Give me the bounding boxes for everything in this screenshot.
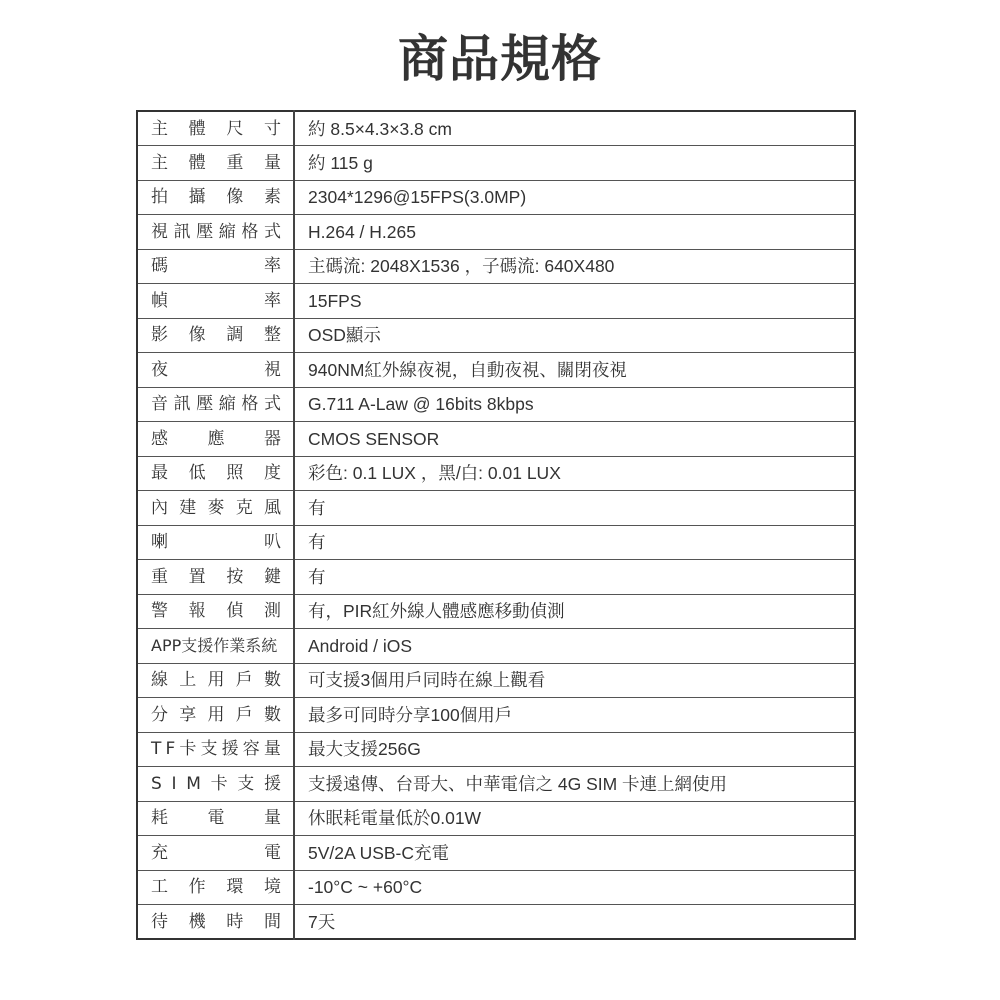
spec-label-char: T (151, 739, 161, 759)
spec-label-char: 用 (208, 705, 225, 725)
spec-label-char: M (186, 774, 201, 794)
spec-label-char: 重 (226, 153, 243, 173)
spec-label-cell: 拍攝像素 (137, 180, 294, 215)
spec-label-char: 按 (226, 567, 243, 587)
spec-label-cell: 主體重量 (137, 146, 294, 181)
spec-value: 最大支援256G (294, 732, 855, 767)
spec-row: 夜視940NM紅外線夜視，自動夜視、關閉夜視 (137, 353, 855, 388)
spec-value: 約 115 g (294, 146, 855, 181)
spec-row: 耗電量休眠耗電量低於0.01W (137, 801, 855, 836)
spec-label-char: 置 (189, 567, 206, 587)
spec-label-char: 叭 (264, 532, 281, 552)
spec-row: 視訊壓縮格式H.264 / H.265 (137, 215, 855, 250)
spec-label-char: 電 (208, 808, 225, 828)
spec-row: TF卡支援容量最大支援256G (137, 732, 855, 767)
spec-row: 拍攝像素2304*1296@15FPS(3.0MP) (137, 180, 855, 215)
spec-label-char: 耗 (151, 808, 168, 828)
spec-label-char: 戶 (236, 705, 253, 725)
spec-label-char: 夜 (151, 360, 168, 380)
spec-label: 幀率 (151, 291, 281, 311)
spec-label: APP支援作業系統 (151, 636, 281, 656)
spec-row: 警報偵測有，PIR紅外線人體感應移動偵測 (137, 594, 855, 629)
spec-label-cell: 夜視 (137, 353, 294, 388)
spec-value: 可支援3個用戶同時在線上觀看 (294, 663, 855, 698)
spec-label-char: 像 (189, 325, 206, 345)
spec-label-char: 援 (264, 774, 281, 794)
spec-label-cell: 視訊壓縮格式 (137, 215, 294, 250)
spec-label-char: 訊 (174, 222, 191, 242)
spec-label-char: 支 (201, 739, 218, 759)
spec-row: 工作環境-10°C ~ +60°C (137, 870, 855, 905)
spec-label-char: 重 (151, 567, 168, 587)
spec-label-char: 境 (264, 877, 281, 897)
spec-label: 耗電量 (151, 808, 281, 828)
spec-label-cell: 音訊壓縮格式 (137, 387, 294, 422)
spec-row: 待機時間7天 (137, 905, 855, 940)
spec-value: Android / iOS (294, 629, 855, 664)
spec-value: 有 (294, 491, 855, 526)
spec-label-cell: TF卡支援容量 (137, 732, 294, 767)
spec-table-body: 主體尺寸約 8.5×4.3×3.8 cm主體重量約 115 g拍攝像素2304*… (137, 111, 855, 939)
spec-label-char: 度 (264, 463, 281, 483)
spec-row: 影像調整OSD顯示 (137, 318, 855, 353)
spec-label: 主體重量 (151, 153, 281, 173)
spec-row: 感應器CMOS SENSOR (137, 422, 855, 457)
spec-label-char: 整 (264, 325, 281, 345)
spec-row: 主體重量約 115 g (137, 146, 855, 181)
spec-label-char: 作 (189, 877, 206, 897)
spec-label-char: 喇 (151, 532, 168, 552)
spec-label-char: 最 (151, 463, 168, 483)
spec-label: 最低照度 (151, 463, 281, 483)
spec-label-char: F (166, 739, 176, 759)
spec-label: 夜視 (151, 360, 281, 380)
spec-label-cell: 充電 (137, 836, 294, 871)
spec-label-cell: APP支援作業系統 (137, 629, 294, 664)
spec-label-char: 格 (241, 222, 258, 242)
spec-row: SIM卡支援支援遠傳、台哥大、中華電信之 4G SIM 卡連上網使用 (137, 767, 855, 802)
spec-label-char: 壓 (196, 394, 213, 414)
spec-label-char: 體 (189, 119, 206, 139)
spec-label-cell: 影像調整 (137, 318, 294, 353)
spec-label-char: I (172, 774, 177, 794)
spec-label-char: 麥 (208, 498, 225, 518)
spec-label-char: 訊 (174, 394, 191, 414)
spec-label: 線上用戶數 (151, 670, 281, 690)
spec-label-char: 式 (264, 394, 281, 414)
spec-label: TF卡支援容量 (151, 739, 281, 759)
spec-label-char: 卡 (179, 739, 196, 759)
spec-label: 分享用戶數 (151, 705, 281, 725)
spec-value: CMOS SENSOR (294, 422, 855, 457)
spec-value: 940NM紅外線夜視，自動夜視、關閉夜視 (294, 353, 855, 388)
spec-value: OSD顯示 (294, 318, 855, 353)
spec-value: 7天 (294, 905, 855, 940)
spec-label-char: 像 (226, 187, 243, 207)
spec-row: 分享用戶數最多可同時分享100個用戶 (137, 698, 855, 733)
spec-row: 幀率15FPS (137, 284, 855, 319)
spec-row: 重置按鍵有 (137, 560, 855, 595)
spec-label-cell: 最低照度 (137, 456, 294, 491)
spec-label-cell: 分享用戶數 (137, 698, 294, 733)
spec-label-char: 風 (264, 498, 281, 518)
spec-label-cell: 線上用戶數 (137, 663, 294, 698)
spec-label: 碼率 (151, 256, 281, 276)
spec-value: G.711 A-Law @ 16bits 8kbps (294, 387, 855, 422)
spec-label: SIM卡支援 (151, 774, 281, 794)
spec-label-char: 寸 (264, 119, 281, 139)
spec-label-char: 照 (226, 463, 243, 483)
spec-label-cell: 喇叭 (137, 525, 294, 560)
spec-label-char: 支 (237, 774, 254, 794)
spec-label-char: 克 (236, 498, 253, 518)
spec-value: 5V/2A USB-C充電 (294, 836, 855, 871)
spec-label-char: 容 (243, 739, 260, 759)
spec-label-cell: 感應器 (137, 422, 294, 457)
spec-row: 充電5V/2A USB-C充電 (137, 836, 855, 871)
spec-label-char: 卡 (211, 774, 228, 794)
spec-label: 感應器 (151, 429, 281, 449)
spec-row: 喇叭有 (137, 525, 855, 560)
spec-label-char: 戶 (236, 670, 253, 690)
spec-label-char: 式 (264, 222, 281, 242)
spec-value: 休眠耗電量低於0.01W (294, 801, 855, 836)
spec-label-char: 格 (241, 394, 258, 414)
spec-label-char: 充 (151, 843, 168, 863)
spec-table: 主體尺寸約 8.5×4.3×3.8 cm主體重量約 115 g拍攝像素2304*… (136, 110, 856, 940)
spec-label-char: 感 (151, 429, 168, 449)
spec-label-char: 偵 (226, 601, 243, 621)
spec-label-char: 器 (264, 429, 281, 449)
spec-label-char: 報 (189, 601, 206, 621)
spec-row: 碼率主碼流: 2048X1536 ，子碼流: 640X480 (137, 249, 855, 284)
spec-label-char: 內 (151, 498, 168, 518)
spec-label-char: 建 (179, 498, 196, 518)
spec-label: 主體尺寸 (151, 119, 281, 139)
spec-label-cell: 主體尺寸 (137, 111, 294, 146)
spec-row: 最低照度彩色: 0.1 LUX ，黑/白: 0.01 LUX (137, 456, 855, 491)
spec-label-char: 量 (264, 153, 281, 173)
spec-label-char: 音 (151, 394, 168, 414)
spec-label-char: 率 (264, 291, 281, 311)
spec-label-char: 電 (264, 843, 281, 863)
spec-label-char: 環 (226, 877, 243, 897)
spec-value: 最多可同時分享100個用戶 (294, 698, 855, 733)
spec-row: 音訊壓縮格式G.711 A-Law @ 16bits 8kbps (137, 387, 855, 422)
spec-row: 內建麥克風有 (137, 491, 855, 526)
spec-label: 內建麥克風 (151, 498, 281, 518)
spec-label-char: 主 (151, 153, 168, 173)
spec-label-char: 量 (264, 739, 281, 759)
spec-label-char: 素 (264, 187, 281, 207)
spec-label-cell: 工作環境 (137, 870, 294, 905)
spec-row: 主體尺寸約 8.5×4.3×3.8 cm (137, 111, 855, 146)
spec-label-char: 碼 (151, 256, 168, 276)
spec-label-char: 享 (179, 705, 196, 725)
spec-label-char: 率 (264, 256, 281, 276)
spec-label: 拍攝像素 (151, 187, 281, 207)
spec-label-char: 攝 (189, 187, 206, 207)
spec-label: 喇叭 (151, 532, 281, 552)
spec-label: 充電 (151, 843, 281, 863)
spec-value: H.264 / H.265 (294, 215, 855, 250)
spec-label-char: 時 (226, 912, 243, 932)
spec-label-char: 上 (179, 670, 196, 690)
spec-label-char: 測 (264, 601, 281, 621)
spec-label-char: 低 (189, 463, 206, 483)
spec-label-char: 量 (264, 808, 281, 828)
spec-value: 支援遠傳、台哥大、中華電信之 4G SIM 卡連上網使用 (294, 767, 855, 802)
spec-value: 2304*1296@15FPS(3.0MP) (294, 180, 855, 215)
spec-label-cell: SIM卡支援 (137, 767, 294, 802)
spec-value: 有，PIR紅外線人體感應移動偵測 (294, 594, 855, 629)
spec-label-char: 鍵 (264, 567, 281, 587)
spec-label: 影像調整 (151, 325, 281, 345)
spec-label-char: 縮 (219, 394, 236, 414)
spec-row: APP支援作業系統Android / iOS (137, 629, 855, 664)
spec-label: 待機時間 (151, 912, 281, 932)
spec-label-cell: 警報偵測 (137, 594, 294, 629)
spec-label-char: 幀 (151, 291, 168, 311)
spec-label-char: 縮 (219, 222, 236, 242)
spec-label-char: 用 (208, 670, 225, 690)
spec-label: 工作環境 (151, 877, 281, 897)
spec-label-char: 機 (189, 912, 206, 932)
spec-label-char: 體 (189, 153, 206, 173)
spec-label-cell: 幀率 (137, 284, 294, 319)
spec-label-cell: 內建麥克風 (137, 491, 294, 526)
spec-label-char: 尺 (226, 119, 243, 139)
spec-label: 警報偵測 (151, 601, 281, 621)
spec-value: 有 (294, 525, 855, 560)
spec-label-char: 主 (151, 119, 168, 139)
spec-label-char: 壓 (196, 222, 213, 242)
spec-label-char: 數 (264, 670, 281, 690)
spec-label-char: 視 (151, 222, 168, 242)
spec-value: 有 (294, 560, 855, 595)
spec-label-cell: 待機時間 (137, 905, 294, 940)
spec-label-char: 工 (151, 877, 168, 897)
spec-label: 音訊壓縮格式 (151, 394, 281, 414)
spec-label-cell: 碼率 (137, 249, 294, 284)
spec-row: 線上用戶數可支援3個用戶同時在線上觀看 (137, 663, 855, 698)
spec-value: 約 8.5×4.3×3.8 cm (294, 111, 855, 146)
spec-value: -10°C ~ +60°C (294, 870, 855, 905)
spec-label-char: 調 (226, 325, 243, 345)
spec-label-char: 間 (264, 912, 281, 932)
spec-label-char: 援 (222, 739, 239, 759)
spec-label-char: 拍 (151, 187, 168, 207)
page-title: 商品規格 (0, 24, 1000, 94)
spec-value: 15FPS (294, 284, 855, 319)
spec-label-char: 數 (264, 705, 281, 725)
spec-label-char: 分 (151, 705, 168, 725)
spec-label-cell: 重置按鍵 (137, 560, 294, 595)
spec-label-char: 警 (151, 601, 168, 621)
spec-label: 重置按鍵 (151, 567, 281, 587)
spec-label: 視訊壓縮格式 (151, 222, 281, 242)
spec-label-char: S (151, 774, 162, 794)
spec-label-char: 待 (151, 912, 168, 932)
spec-label-char: 影 (151, 325, 168, 345)
spec-value: 彩色: 0.1 LUX ，黑/白: 0.01 LUX (294, 456, 855, 491)
spec-label-cell: 耗電量 (137, 801, 294, 836)
spec-label-char: 視 (264, 360, 281, 380)
spec-value: 主碼流: 2048X1536 ，子碼流: 640X480 (294, 249, 855, 284)
spec-label-char: 應 (208, 429, 225, 449)
spec-label-char: 線 (151, 670, 168, 690)
